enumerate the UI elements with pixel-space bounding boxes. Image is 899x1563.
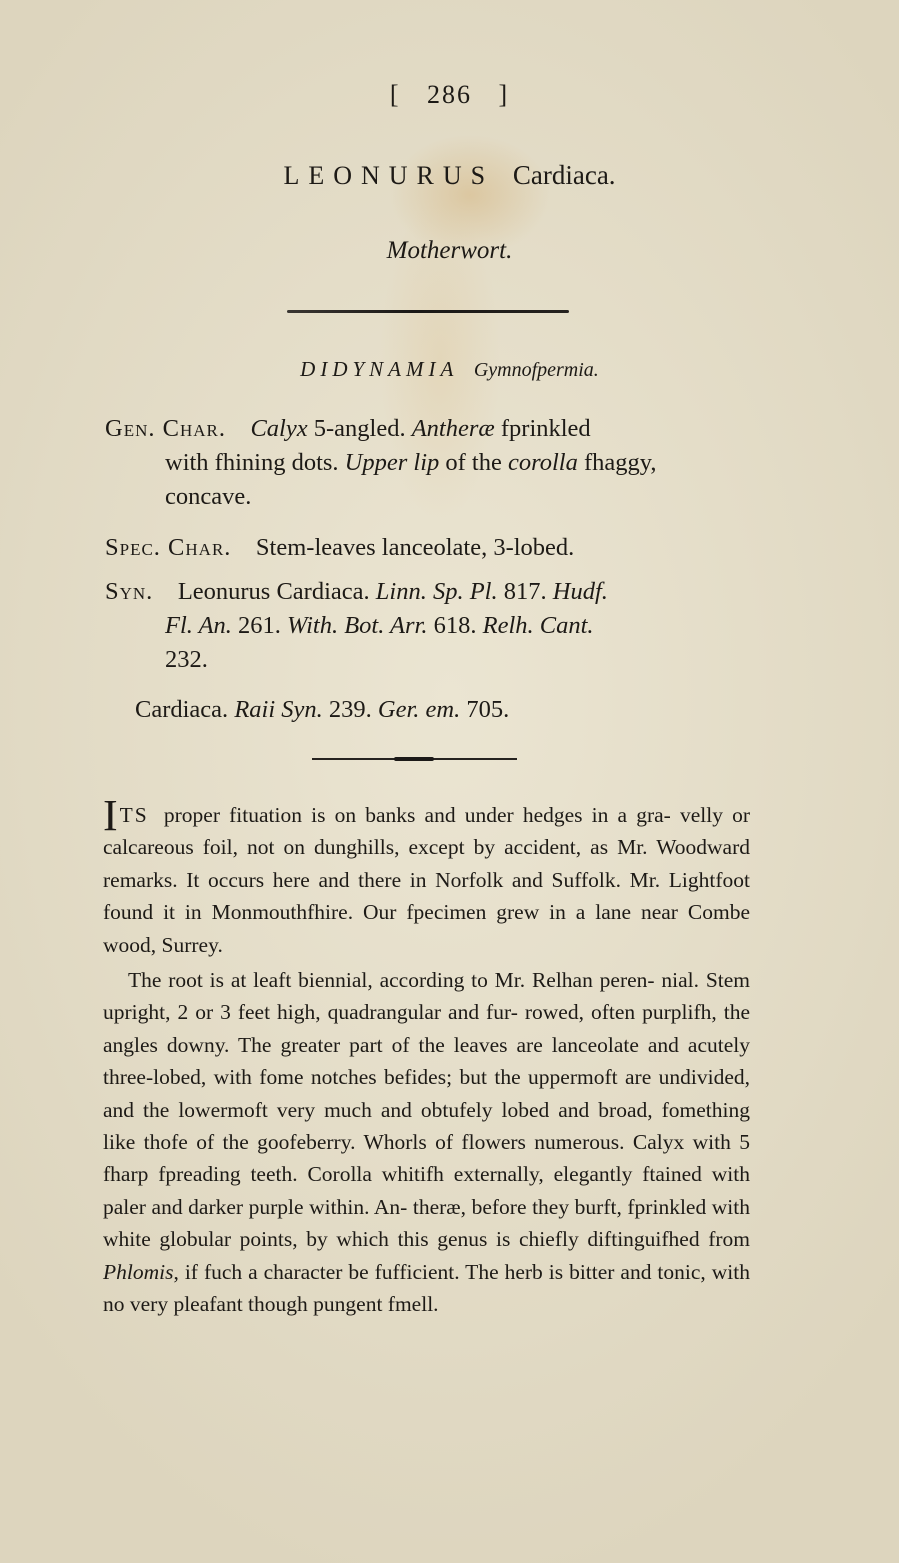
order-name: Gymnofpermia. (474, 359, 599, 381)
drop-cap: I (103, 801, 118, 831)
species-name: Cardiaca. (513, 160, 616, 190)
generic-character: Gen. Char. Calyx 5-angled. Antheræ fprin… (105, 412, 815, 514)
syn-text: Leonurus Cardiaca. Linn. Sp. Pl. 817. Hu… (165, 578, 608, 673)
spec-char-text: Stem-leaves lanceolate, 3-lobed. (256, 534, 574, 561)
paragraph-habitat-text: proper fituation is on banks and under h… (103, 803, 750, 957)
opening-word: TS (120, 803, 149, 827)
linnaean-classification: DIDYNAMIA Gymnofpermia. (0, 356, 899, 382)
syn-label: Syn. (105, 578, 153, 605)
common-name: Motherwort. (0, 237, 899, 265)
class-name: DIDYNAMIA (300, 357, 458, 381)
synonyms: Syn. Leonurus Cardiaca. Linn. Sp. Pl. 81… (105, 575, 815, 677)
genus-name: LEONURUS (283, 161, 494, 190)
section-rule-divider (312, 758, 517, 760)
species-title: LEONURUS Cardiaca. (0, 160, 899, 191)
paragraph-description: The root is at leaft biennial, according… (103, 964, 750, 1320)
gen-char-label: Gen. Char. (105, 415, 226, 442)
rule-ornament (394, 757, 434, 761)
spec-char-label: Spec. Char. (105, 534, 231, 561)
title-rule-divider (287, 310, 569, 313)
gen-char-text: Calyx 5-angled. Antheræ fprinkledwith fh… (165, 415, 657, 510)
paragraph-habitat: ITS proper fituation is on banks and und… (103, 799, 750, 961)
specific-character: Spec. Char. Stem-leaves lanceolate, 3-lo… (105, 531, 755, 565)
page-number: [ 286 ] (0, 80, 899, 110)
synonym-secondary: Cardiaca. Raii Syn. 239. Ger. em. 705. (135, 693, 509, 727)
